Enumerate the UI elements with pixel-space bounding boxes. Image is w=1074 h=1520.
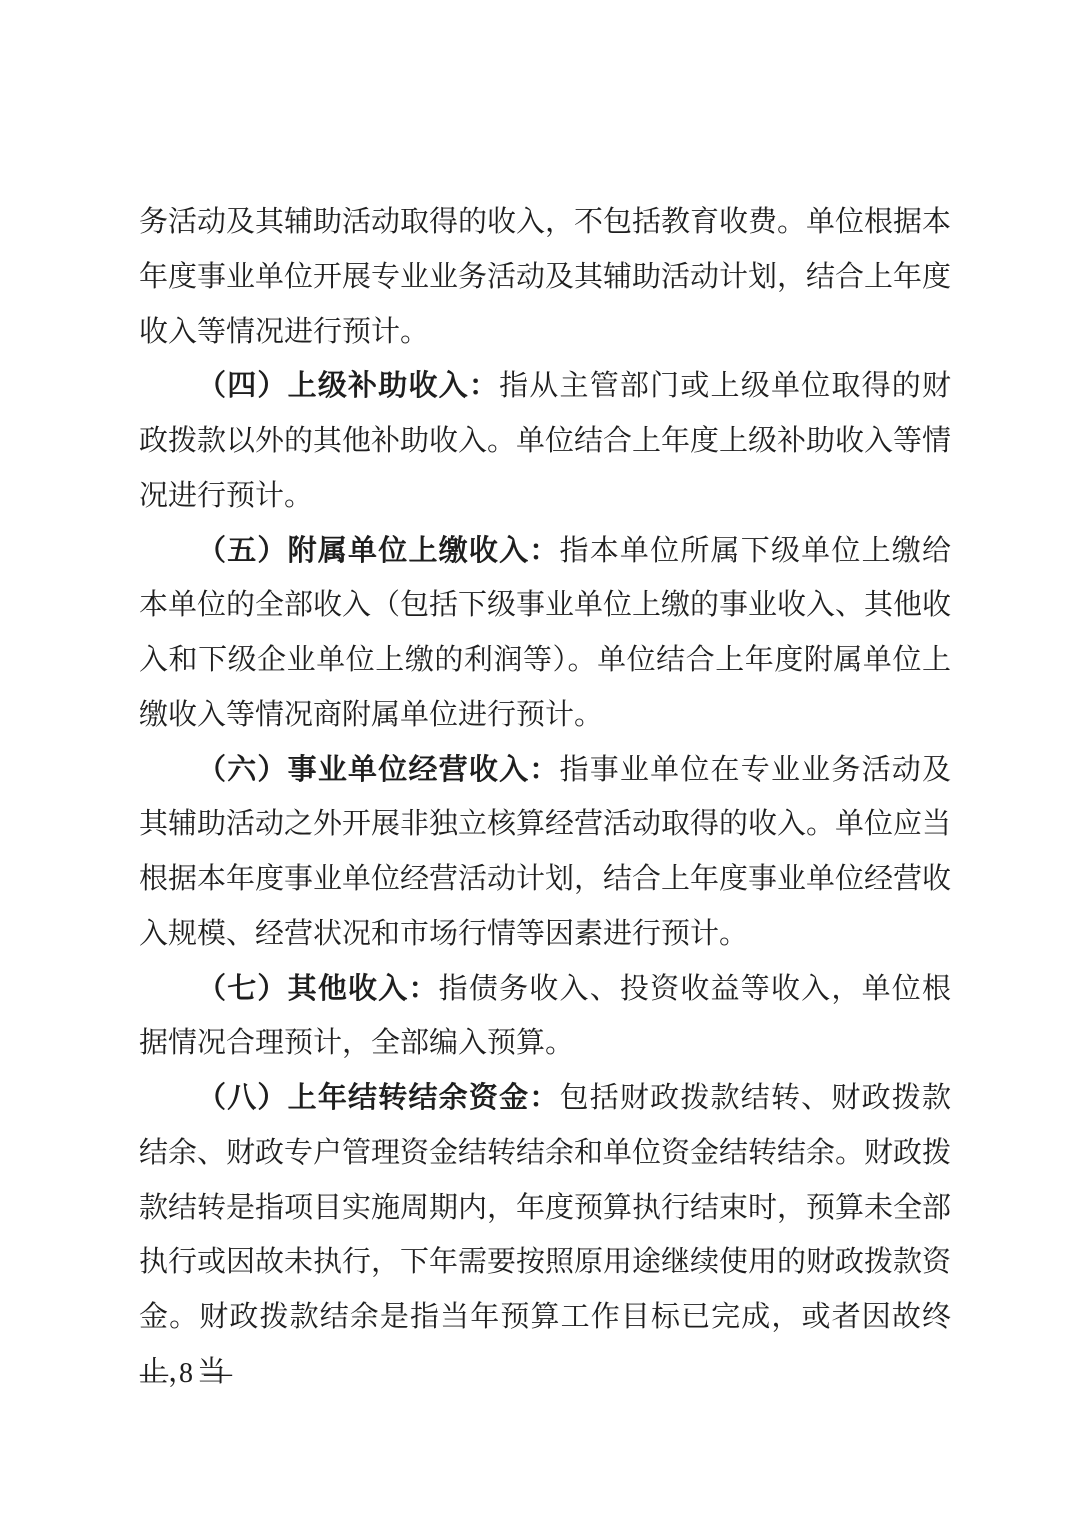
paragraph-continuation: 务活动及其辅助活动取得的收入，不包括教育收费。单位根据本年度事业单位开展专业业务… — [139, 195, 951, 359]
paragraph-item-7: （七）其他收入：指债务收入、投资收益等收入，单位根据情况合理预计，全部编入预算。 — [139, 962, 951, 1072]
document-text-block: 务活动及其辅助活动取得的收入，不包括教育收费。单位根据本年度事业单位开展专业业务… — [139, 195, 951, 1400]
paragraph-item-4: （四）上级补助收入：指从主管部门或上级单位取得的财政拨款以外的其他补助收入。单位… — [139, 359, 951, 523]
paragraph-heading: （八）上年结转结余资金： — [197, 1082, 560, 1114]
page-number: — 8 — — [140, 1356, 234, 1392]
paragraph-text: 包括财政拨款结转、财政拨款结余、财政专户管理资金结转结余和单位资金结转结余。财政… — [139, 1082, 951, 1388]
paragraph-item-6: （六）事业单位经营收入：指事业单位在专业业务活动及其辅助活动之外开展非独立核算经… — [139, 743, 951, 962]
paragraph-text: 务活动及其辅助活动取得的收入，不包括教育收费。单位根据本年度事业单位开展专业业务… — [139, 206, 951, 348]
document-page: 务活动及其辅助活动取得的收入，不包括教育收费。单位根据本年度事业单位开展专业业务… — [0, 0, 1074, 1520]
paragraph-heading: （四）上级补助收入： — [197, 370, 499, 402]
paragraph-heading: （五）附属单位上缴收入： — [197, 535, 560, 567]
paragraph-item-8: （八）上年结转结余资金：包括财政拨款结转、财政拨款结余、财政专户管理资金结转结余… — [139, 1071, 951, 1400]
paragraph-item-5: （五）附属单位上缴收入：指本单位所属下级单位上缴给本单位的全部收入（包括下级事业… — [139, 524, 951, 743]
paragraph-heading: （六）事业单位经营收入： — [197, 754, 560, 786]
paragraph-heading: （七）其他收入： — [197, 973, 439, 1005]
